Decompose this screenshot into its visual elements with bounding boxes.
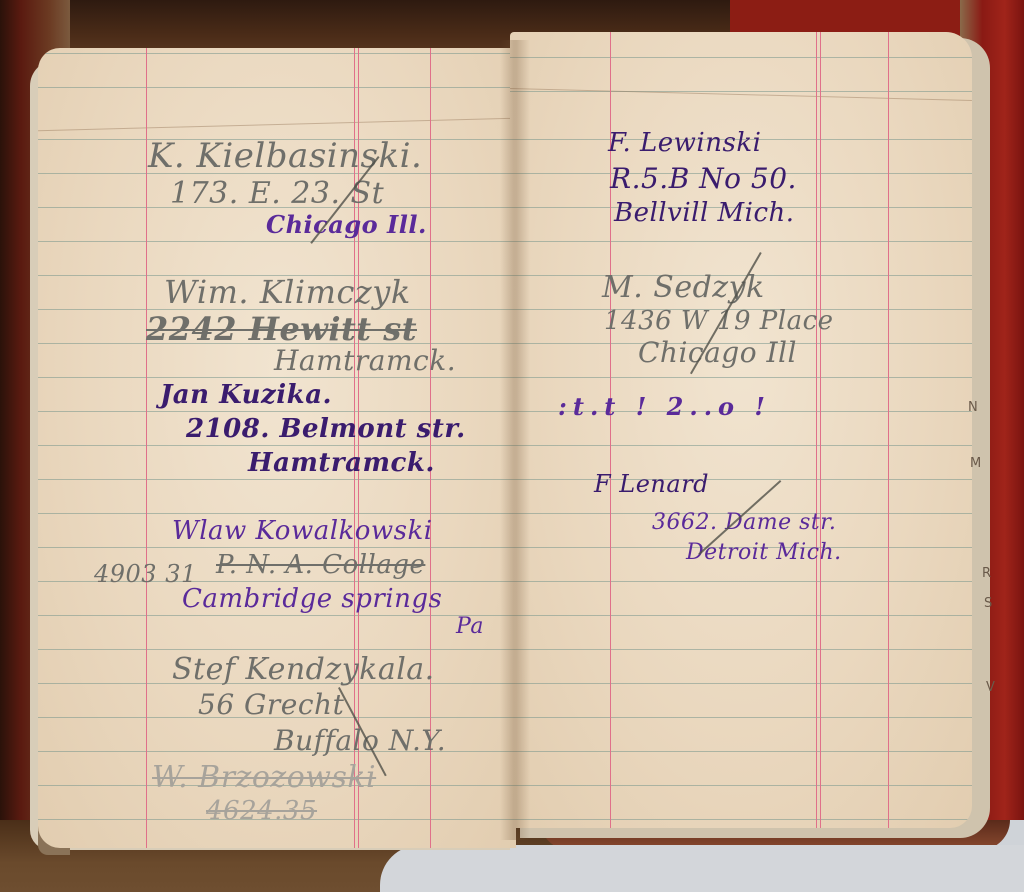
entry-name: F. Lewinski <box>608 128 761 158</box>
entry-address: 4624.35 <box>206 796 317 826</box>
entry-address: P. N. A. Collage <box>216 550 425 580</box>
index-letter: R <box>982 566 991 581</box>
column-line <box>888 32 889 828</box>
ink-blot-marks: :t.t ! 2..o ! <box>558 392 771 421</box>
entry-address: 2242 Hewitt st <box>146 310 417 348</box>
index-letter: S <box>984 596 992 611</box>
index-letter: V <box>986 680 995 695</box>
entry-state: Pa <box>456 614 484 639</box>
entry-name: Wim. Klimczyk <box>164 273 411 311</box>
entry-name: K. Kielbasinski. <box>148 136 422 176</box>
left-page: K. Kielbasinski. 173. E. 23. St Chicago … <box>38 48 516 848</box>
table-surface <box>380 845 1024 892</box>
entry-address: 56 Grecht <box>198 688 344 721</box>
entry-name: W. Brzozowski <box>152 760 376 795</box>
entry-city: Chicago Ill <box>638 336 797 369</box>
entry-city: Hamtramck. <box>274 344 456 377</box>
index-letter: M <box>970 456 981 471</box>
entry-address: 173. E. 23. St <box>170 176 384 211</box>
entry-city: Hamtramck. <box>248 448 435 478</box>
book-gutter <box>500 40 530 840</box>
right-page: F. Lewinski R.5.B No 50. Bellvill Mich. … <box>510 32 972 828</box>
entry-address: 2108. Belmont str. <box>186 414 466 444</box>
entry-city: Chicago Ill. <box>266 210 427 239</box>
entry-city: Cambridge springs <box>182 584 442 614</box>
entry-name: F Lenard <box>594 470 709 498</box>
entry-address: R.5.B No 50. <box>610 162 797 195</box>
entry-city: Bellvill Mich. <box>614 198 795 228</box>
entry-name: Jan Kuzika. <box>160 380 332 410</box>
column-line <box>816 32 817 828</box>
margin-line <box>146 48 147 848</box>
index-letter: N <box>968 400 978 415</box>
entry-name: Stef Kendzykala. <box>172 652 435 687</box>
book-photo-scene: K. Kielbasinski. 173. E. 23. St Chicago … <box>0 0 1024 892</box>
entry-name: Wlaw Kowalkowski <box>172 516 433 546</box>
